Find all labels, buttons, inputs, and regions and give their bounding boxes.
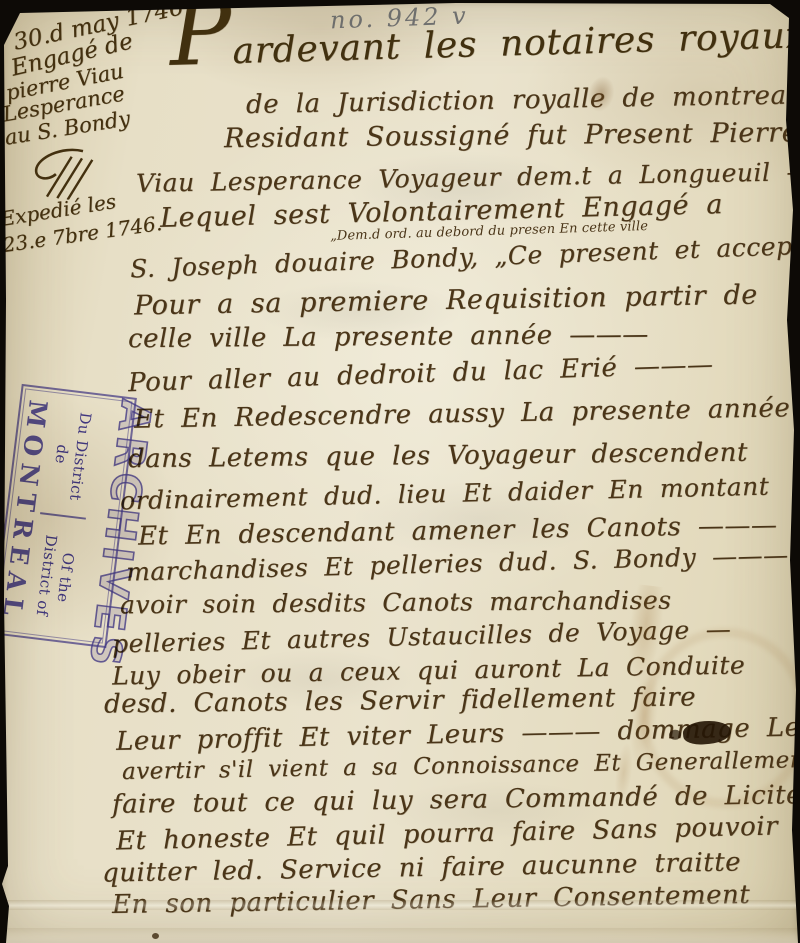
manuscript-line: desd. Canots les Servir fidellement fair…	[104, 682, 696, 719]
stamp-french-text: Du District de	[45, 400, 95, 510]
stamp-english-text: Of the District of	[31, 522, 81, 632]
stamp-city: MONTREAL	[0, 386, 54, 636]
manuscript-line: ordinairement dud. lieu Et daider En mon…	[120, 472, 770, 516]
paper-sheet: no. 942 v 30.d may 1746 Engagé de pierre…	[0, 0, 800, 943]
bottom-edge-band	[0, 928, 800, 943]
manuscript-line: celle ville La presente année ———	[128, 320, 649, 355]
fold-crease	[0, 900, 800, 910]
manuscript-line: de la Jurisdiction royalle de montreal y	[246, 80, 800, 120]
manuscript-photo: no. 942 v 30.d may 1746 Engagé de pierre…	[0, 0, 800, 943]
manuscript-line: Et En Redescendre aussy La presente anné…	[134, 393, 791, 434]
archives-stamp: ARCHIVES Du District de Of the District …	[0, 384, 137, 648]
ink-dot	[152, 933, 159, 939]
manuscript-line: Pardevant les notaires royaux	[170, 15, 800, 74]
stamp-border: ARCHIVES Du District de Of the District …	[0, 384, 137, 648]
manuscript-line: avoir soin desdits Canots marchandises	[120, 586, 672, 620]
stamp-divider	[40, 512, 86, 520]
manuscript-line: Residant Soussigné fut Present Pierre —	[224, 117, 800, 154]
manuscript-line: Pour a sa premiere Requisition partir de	[134, 280, 758, 322]
manuscript-line: Pour aller au dedroit du lac Erié ———	[128, 350, 714, 398]
manuscript-line: dans Letems que les Voyageur descendent	[128, 438, 748, 474]
